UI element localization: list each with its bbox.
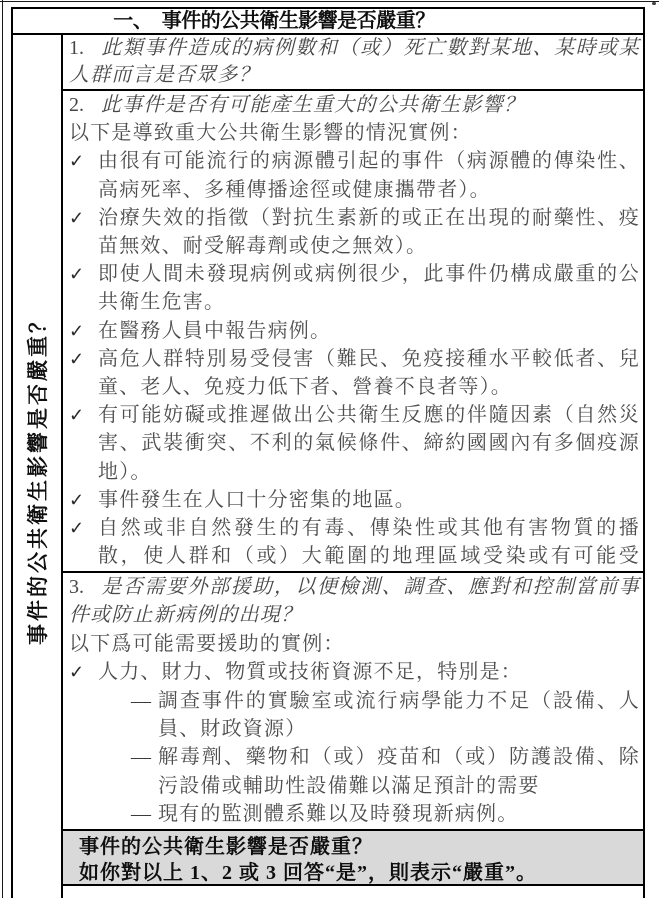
question-3-text: 3.是否需要外部援助，以便檢測、調查、應對和控制當前事件或防止新病例的出現？	[69, 573, 640, 630]
question-2-row: 2.此事件是否有可能產生重大的公共衛生影響？ 以下是導致重大公共衛生影響的情況實…	[63, 91, 643, 573]
list-item: ✓ 事件發生在人口十分密集的地區。	[69, 486, 640, 514]
check-icon: ✓	[69, 401, 98, 486]
question-1-body: 此類事件造成的病例數和（或）死亡數對某地、某時或某人群而言是否眾多？	[69, 37, 640, 86]
list-item: ✓ 自然或非自然發生的有毒、傳染性或其他有害物質的播散，使人群和（或）大範圍的地…	[69, 514, 640, 573]
list-item-text: 人力、財力、物質或技術資源不足，特別是：	[98, 658, 640, 686]
question-3-body: 是否需要外部援助，以便檢測、調查、應對和控制當前事件或防止新病例的出現？	[69, 576, 640, 626]
list-item-text: 即使人間未發現病例或病例很少，此事件仍構成嚴重的公共衛生危害。	[98, 260, 640, 316]
sub-list-item-text: 現有的監測體系難以及時發現新病例。	[158, 800, 640, 828]
check-icon: ✓	[69, 147, 98, 203]
question-2-body: 此事件是否有可能產生重大的公共衛生影響？	[101, 94, 525, 116]
question-2-number: 2.	[69, 91, 101, 119]
table-title: 一、 事件的公共衛生影響是否嚴重？	[13, 9, 643, 35]
page-border-top	[0, 1, 659, 2]
dash-icon: —	[131, 800, 158, 828]
page-border-left	[2, 0, 3, 898]
question-1-text: 1.此類事件造成的病例數和（或）死亡數對某地、某時或某人群而言是否眾多？	[69, 35, 640, 89]
question-3-intro: 以下爲可能需要援助的實例：	[69, 630, 640, 658]
list-item: ✓ 即使人間未發現病例或病例很少，此事件仍構成嚴重的公共衛生危害。	[69, 260, 640, 316]
sub-list-item-text: 解毒劑、藥物和（或）疫苗和（或）防護設備、除污設備或輔助性設備難以滿足預計的需要	[158, 743, 640, 800]
check-icon: ✓	[69, 260, 98, 316]
list-item-text: 治療失效的指徵（對抗生素新的或正在出現的耐藥性、疫苗無效、耐受解毒劑或使之無效）…	[98, 204, 640, 260]
question-2-intro: 以下是導致重大公共衛生影響的情況實例：	[69, 119, 640, 147]
question-3-number: 3.	[69, 573, 101, 601]
check-icon: ✓	[69, 317, 98, 345]
list-item-text: 高危人群特別易受侵害（難民、免疫接種水平較低者、兒童、老人、免疫力低下者、營養不…	[98, 345, 640, 401]
next-row-stub	[63, 886, 643, 898]
list-item-text: 事件發生在人口十分密集的地區。	[98, 486, 640, 514]
check-icon: ✓	[69, 514, 98, 573]
sub-list-item: — 現有的監測體系難以及時發現新病例。	[131, 800, 640, 828]
list-item-text: 由很有可能流行的病源體引起的事件（病源體的傳染性、高病死率、多種傳播途徑或健康攜…	[98, 147, 640, 203]
list-item-text: 在醫務人員中報告病例。	[98, 317, 640, 345]
list-item-text: 有可能妨礙或推遲做出公共衛生反應的伴隨因素（自然災害、武裝衝突、不利的氣候條件、…	[98, 401, 640, 486]
sub-list-item: — 解毒劑、藥物和（或）疫苗和（或）防護設備、除污設備或輔助性設備難以滿足預計的…	[131, 743, 640, 800]
side-column: 事件的公共衛生影響是否嚴重？	[13, 35, 63, 898]
summary-question: 事件的公共衛生影響是否嚴重？	[79, 834, 640, 860]
list-item-text: 自然或非自然發生的有毒、傳染性或其他有害物質的播散，使人群和（或）大範圍的地理區…	[98, 514, 640, 573]
check-icon: ✓	[69, 486, 98, 514]
dash-icon: —	[131, 743, 158, 800]
list-item: ✓ 高危人群特別易受侵害（難民、免疫接種水平較低者、兒童、老人、免疫力低下者、營…	[69, 345, 640, 401]
question-2-text: 2.此事件是否有可能產生重大的公共衛生影響？	[69, 91, 640, 119]
sub-list-item-text: 調查事件的實驗室或流行病學能力不足（設備、人員、財政資源）	[158, 687, 640, 744]
list-item: ✓ 由很有可能流行的病源體引起的事件（病源體的傳染性、高病死率、多種傳播途徑或健…	[69, 147, 640, 203]
question-1-row: 1.此類事件造成的病例數和（或）死亡數對某地、某時或某人群而言是否眾多？	[63, 35, 643, 91]
list-item: ✓ 治療失效的指徵（對抗生素新的或正在出現的耐藥性、疫苗無效、耐受解毒劑或使之無…	[69, 204, 640, 260]
question-1-number: 1.	[69, 35, 101, 62]
summary-row: 事件的公共衛生影響是否嚴重？ 如你對以上 1、2 或 3 回答“是”，則表示“嚴…	[63, 831, 643, 886]
list-item: ✓ 在醫務人員中報告病例。	[69, 317, 640, 345]
check-icon: ✓	[69, 204, 98, 260]
content-column: 1.此類事件造成的病例數和（或）死亡數對某地、某時或某人群而言是否眾多？ 2.此…	[63, 35, 643, 898]
list-item: ✓ 有可能妨礙或推遲做出公共衛生反應的伴隨因素（自然災害、武裝衝突、不利的氣候條…	[69, 401, 640, 486]
question-3-row: 3.是否需要外部援助，以便檢測、調查、應對和控制當前事件或防止新病例的出現？ 以…	[63, 573, 643, 831]
scan-artifact-dot	[652, 2, 656, 5]
table-body: 事件的公共衛生影響是否嚴重？ 1.此類事件造成的病例數和（或）死亡數對某地、某時…	[13, 35, 643, 898]
check-icon: ✓	[69, 345, 98, 401]
list-item: ✓ 人力、財力、物質或技術資源不足，特別是：	[69, 658, 640, 686]
summary-instruction: 如你對以上 1、2 或 3 回答“是”，則表示“嚴重”。	[79, 860, 640, 886]
sub-list-item: — 調查事件的實驗室或流行病學能力不足（設備、人員、財政資源）	[131, 687, 640, 744]
dash-icon: —	[131, 687, 158, 744]
assessment-table: 一、 事件的公共衛生影響是否嚴重？ 事件的公共衛生影響是否嚴重？ 1.此類事件造…	[11, 7, 645, 898]
side-column-label: 事件的公共衛生影響是否嚴重？	[22, 309, 52, 645]
document-page: 一、 事件的公共衛生影響是否嚴重？ 事件的公共衛生影響是否嚴重？ 1.此類事件造…	[0, 0, 659, 898]
check-icon: ✓	[69, 658, 98, 686]
